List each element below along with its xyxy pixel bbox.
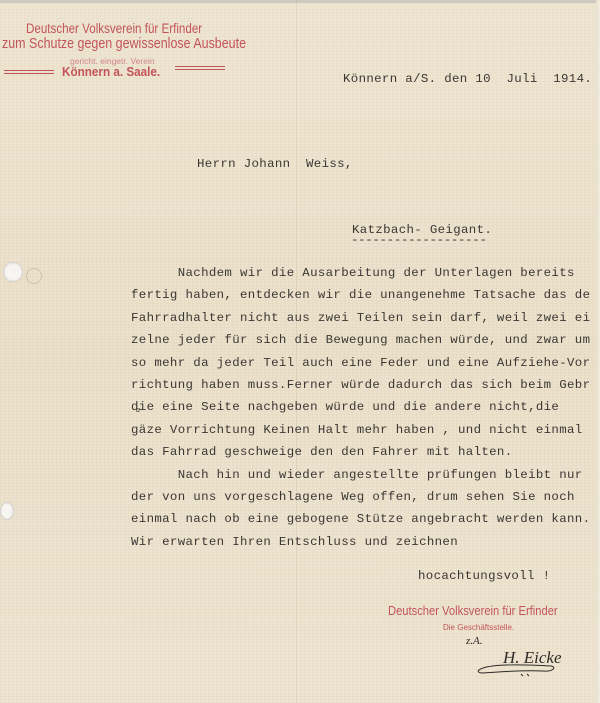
- letterhead-rule-left-2: [4, 73, 54, 74]
- punch-hole-lower: [0, 502, 14, 520]
- body-line: Nach hin und wieder angestellte prüfunge…: [131, 468, 583, 482]
- handwritten-za: z.A.: [466, 635, 483, 647]
- body-line: so mehr da jeder Teil auch eine Feder un…: [131, 356, 590, 370]
- handwritten-insertion: a: [136, 405, 140, 414]
- letter-closing: hocachtungsvoll !: [418, 569, 550, 583]
- letterhead-rule-left-1: [4, 70, 54, 71]
- body-line: Wir erwarten Ihren Entschluss und zeichn…: [131, 535, 458, 549]
- punch-hole-upper: [3, 262, 23, 282]
- letter-date: Könnern a/S. den 10 Juli 1914.: [343, 72, 592, 86]
- body-line: Fahrradhalter nicht aus zwei Teilen sein…: [131, 311, 590, 325]
- paper-right-edge: [596, 0, 600, 703]
- letterhead-rule-right-2: [175, 69, 225, 70]
- signature-stamp-organization: Deutscher Volksverein für Erfinder: [388, 603, 558, 618]
- body-line: Nachdem wir die Ausarbeitung der Unterla…: [131, 266, 575, 280]
- signature-flourish-icon: [477, 652, 557, 678]
- body-line: das Fahrrad geschweige den den Fahrer mi…: [131, 445, 513, 459]
- body-line: fertig haben, entdecken wir die unangene…: [131, 288, 590, 302]
- letterhead-purpose: zum Schutze gegen gewissenlose Ausbeute: [2, 36, 246, 52]
- body-line: die eine Seite nachgeben würde und die a…: [131, 400, 559, 414]
- body-line: zelne jeder für sich die Bewegung machen…: [131, 333, 590, 347]
- letter-paper: [0, 0, 600, 703]
- letter-recipient: Herrn Johann Weiss,: [197, 157, 353, 171]
- paper-fold-line: [296, 0, 297, 703]
- subject-underline: -------------------: [351, 233, 487, 247]
- letterhead-organization: Deutscher Volksverein für Erfinder: [26, 21, 202, 36]
- body-line: richtung haben muss.Ferner würde dadurch…: [131, 378, 590, 392]
- punch-hole-ghost: [26, 268, 42, 284]
- paper-top-edge: [0, 0, 600, 3]
- letterhead-rule-right-1: [175, 66, 225, 67]
- body-line: einmal nach ob eine gebogene Stütze ange…: [131, 512, 590, 526]
- body-line: der von uns vorgeschlagene Weg offen, dr…: [131, 490, 575, 504]
- letterhead-location: Könnern a. Saale.: [62, 64, 160, 79]
- signature-stamp-office: Die Geschäftsstelle.: [443, 623, 514, 632]
- body-line: gäze Vorrichtung Keinen Halt mehr haben …: [131, 423, 583, 437]
